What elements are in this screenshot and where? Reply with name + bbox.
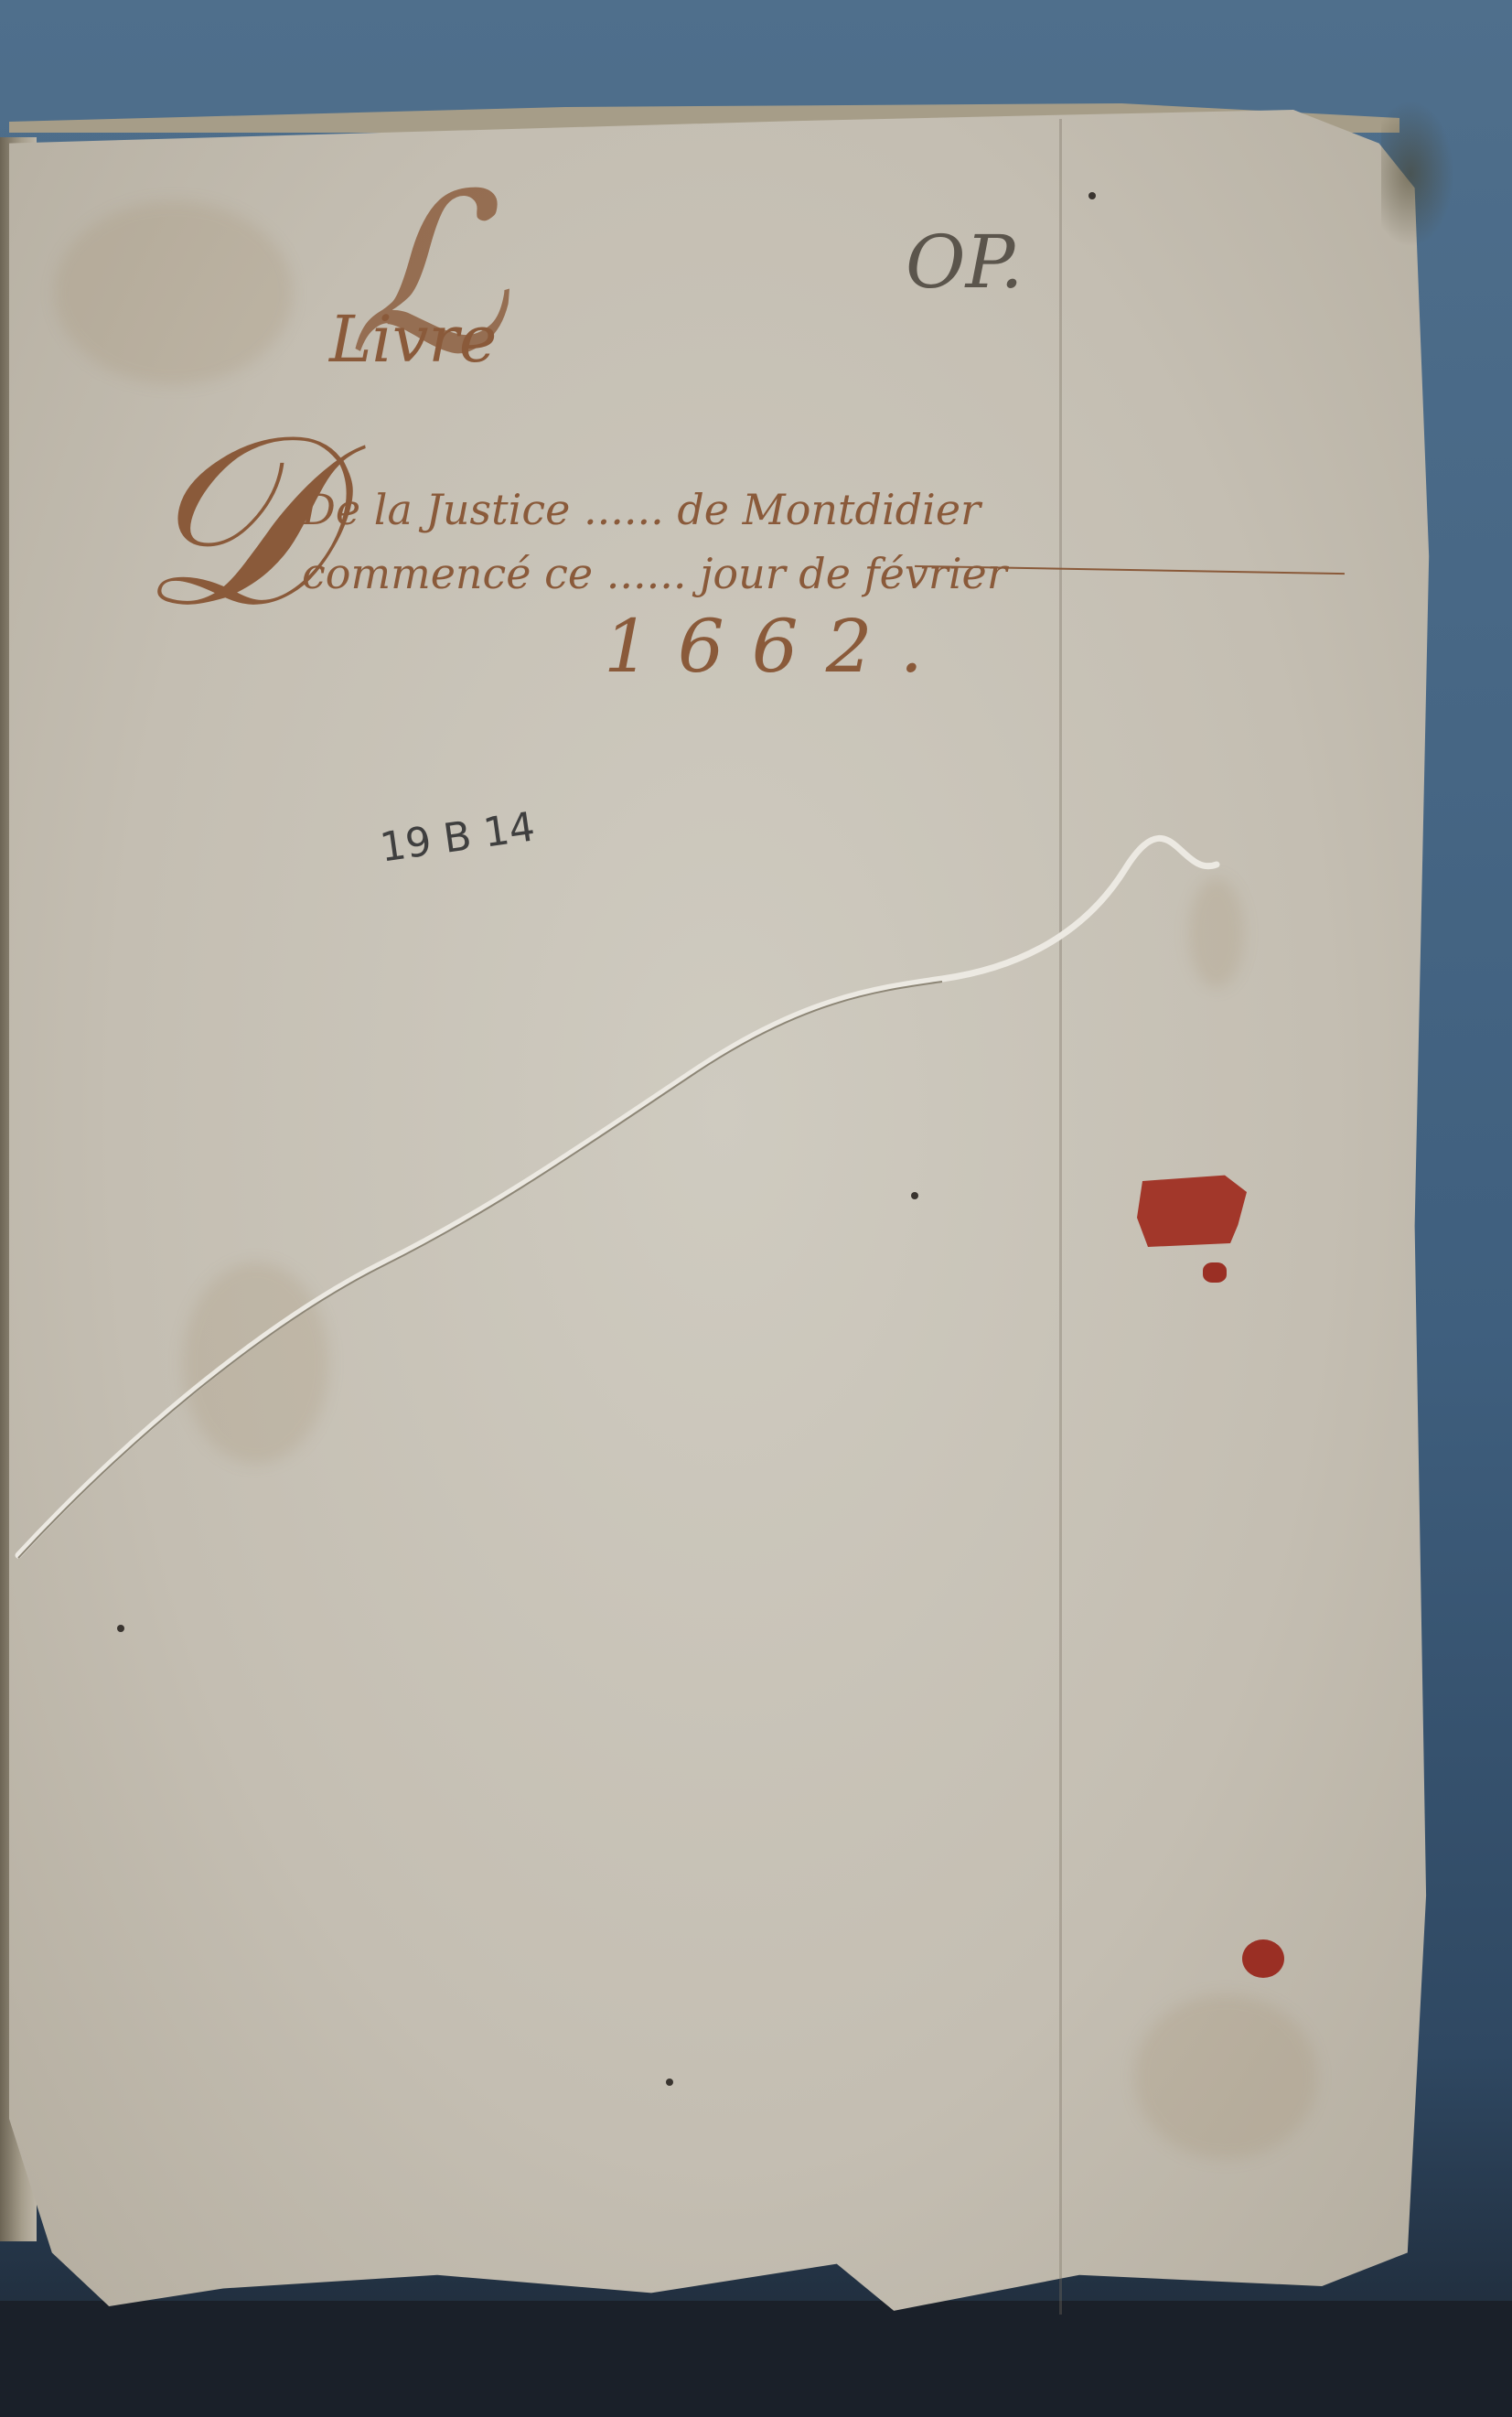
ink-spot bbox=[666, 2079, 673, 2086]
red-wax-seal bbox=[1137, 1174, 1247, 1247]
vertical-fold-line bbox=[1059, 119, 1062, 2315]
stain bbox=[1134, 1994, 1317, 2159]
ink-spot bbox=[117, 1625, 124, 1632]
year: 1662. bbox=[604, 604, 950, 689]
ink-spot bbox=[1088, 192, 1096, 199]
dark-background-band bbox=[0, 2301, 1512, 2417]
ink-spot bbox=[911, 1192, 918, 1199]
stain bbox=[1189, 878, 1244, 988]
stain bbox=[183, 1262, 329, 1464]
decorative-capital-D: 𝒟 bbox=[137, 403, 327, 640]
corner-marks: OP. bbox=[906, 220, 1024, 305]
stain bbox=[55, 201, 293, 384]
wax-seal-fragment bbox=[1203, 1262, 1227, 1283]
title-line-1: De la Justice ...... de Montdidier bbox=[302, 485, 981, 534]
title-line-2: commencé ce ...... jour de février bbox=[302, 549, 1007, 598]
red-wax-seal-small bbox=[1242, 1939, 1284, 1978]
dog-ear-corner bbox=[1381, 101, 1454, 247]
heading-word: Livre bbox=[329, 302, 497, 377]
